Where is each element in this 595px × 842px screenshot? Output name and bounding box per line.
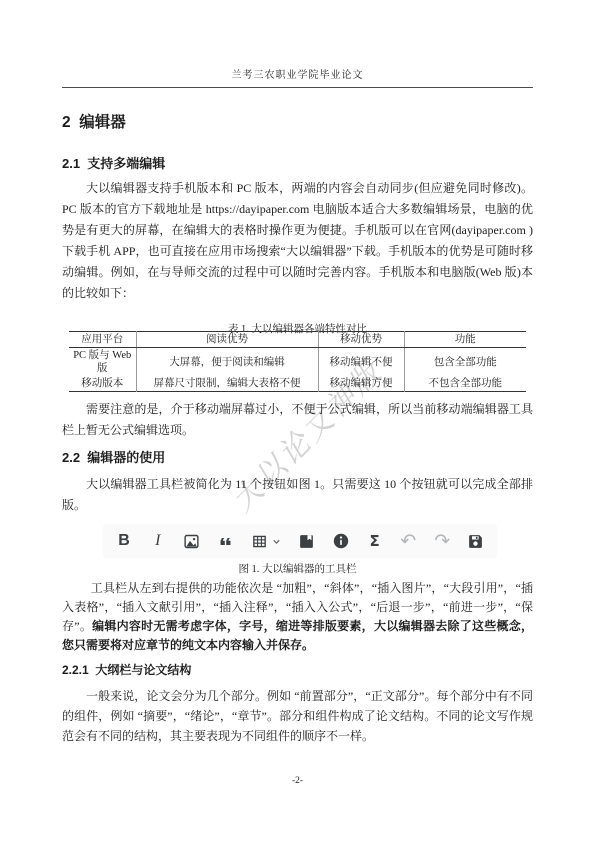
page-number: -2-	[62, 776, 533, 786]
info-icon	[332, 532, 350, 550]
table-cell: 屏幕尺寸限制，编辑大表格不便	[136, 376, 318, 392]
insert-table-group	[249, 530, 283, 552]
bold-button[interactable]: B	[114, 530, 134, 552]
section-title-editor: 2 编辑器	[62, 110, 126, 132]
chevron-down-icon	[271, 536, 282, 547]
table-row: 移动版本 屏幕尺寸限制，编辑大表格不便 移动编辑方便 不包含全部功能	[69, 376, 526, 392]
save-icon	[467, 533, 484, 550]
table-row: PC 版与 Web 版 大屏幕，便于阅读和编辑 移动编辑不便 包含全部功能	[69, 348, 526, 377]
toolbar-figure: B I Σ ↶ ↷	[103, 524, 497, 558]
figure-caption: 图 1. 大以编辑器的工具栏	[62, 561, 533, 576]
redo-button[interactable]: ↷	[432, 530, 452, 552]
paragraph-thesis-structure: 一般来说，论文会分为几个部分。例如 “前置部分”，“正文部分”。每个部分中有不同…	[62, 686, 533, 746]
paragraph-bold-text: 编辑内容时无需考虑字体，字号，缩进等排版要素，大以编辑器去除了这些概念，您只需要…	[62, 619, 533, 652]
col-header: 阅读优势	[136, 332, 318, 348]
italic-button[interactable]: I	[148, 530, 168, 552]
redo-icon: ↷	[434, 532, 450, 551]
table-options-dropdown[interactable]	[270, 530, 283, 552]
paragraph-formula-note: 需要注意的是，介于移动端屏幕过小，不便于公式编辑，所以当前移动端编辑器工具栏上暂…	[62, 399, 533, 441]
table-header-row: 应用平台 阅读优势 移动优势 功能	[69, 332, 526, 348]
insert-image-button[interactable]	[182, 530, 202, 552]
italic-icon: I	[155, 532, 160, 550]
table-icon	[251, 533, 268, 550]
paragraph-multi-device: 大以编辑器支持手机版本和 PC 版本，两端的内容会自动同步(但应避免同时修改)。…	[62, 178, 533, 304]
table-cell: PC 版与 Web 版	[69, 348, 136, 377]
comparison-table: 应用平台 阅读优势 移动优势 功能 PC 版与 Web 版 大屏幕，便于阅读和编…	[69, 331, 526, 392]
image-icon	[183, 533, 200, 550]
undo-icon: ↶	[400, 532, 416, 551]
document-page: 兰考三农职业学院毕业论文 大以论文神版 2 编辑器 2.1 支持多端编辑 大以编…	[0, 0, 595, 842]
table-cell: 不包含全部功能	[404, 376, 526, 392]
subsection-title-editor-usage: 2.2 编辑器的使用	[62, 447, 165, 466]
insert-citation-button[interactable]	[297, 530, 317, 552]
bold-icon: B	[118, 532, 130, 550]
table-cell: 移动版本	[69, 376, 136, 392]
paragraph-toolbar-functions: 工具栏从左到右提供的功能依次是 “加粗”，“斜体”，“插入图片”，“大段引用”，…	[62, 579, 533, 655]
table-cell: 大屏幕，便于阅读和编辑	[136, 348, 318, 377]
citation-book-icon	[298, 533, 315, 550]
insert-formula-button[interactable]: Σ	[365, 530, 385, 552]
blockquote-button[interactable]	[215, 530, 235, 552]
col-header: 移动优势	[318, 332, 404, 348]
sigma-icon: Σ	[369, 532, 379, 550]
table-cell: 包含全部功能	[404, 348, 526, 377]
subsubsection-title-outline: 2.2.1 大纲栏与论文结构	[62, 661, 191, 678]
col-header: 应用平台	[69, 332, 136, 348]
undo-button[interactable]: ↶	[398, 530, 418, 552]
save-button[interactable]	[466, 530, 486, 552]
insert-annotation-button[interactable]	[331, 530, 351, 552]
table-cell: 移动编辑不便	[318, 348, 404, 377]
paragraph-toolbar-intro: 大以编辑器工具栏被简化为 11 个按钮如图 1。只需要这 10 个按钮就可以完成…	[62, 474, 533, 516]
subsection-title-multi-device: 2.1 支持多端编辑	[62, 153, 165, 172]
quote-icon	[217, 533, 234, 550]
table-cell: 移动编辑方便	[318, 376, 404, 392]
insert-table-button[interactable]	[249, 530, 269, 552]
page-header: 兰考三农职业学院毕业论文	[62, 66, 533, 88]
col-header: 功能	[404, 332, 526, 348]
